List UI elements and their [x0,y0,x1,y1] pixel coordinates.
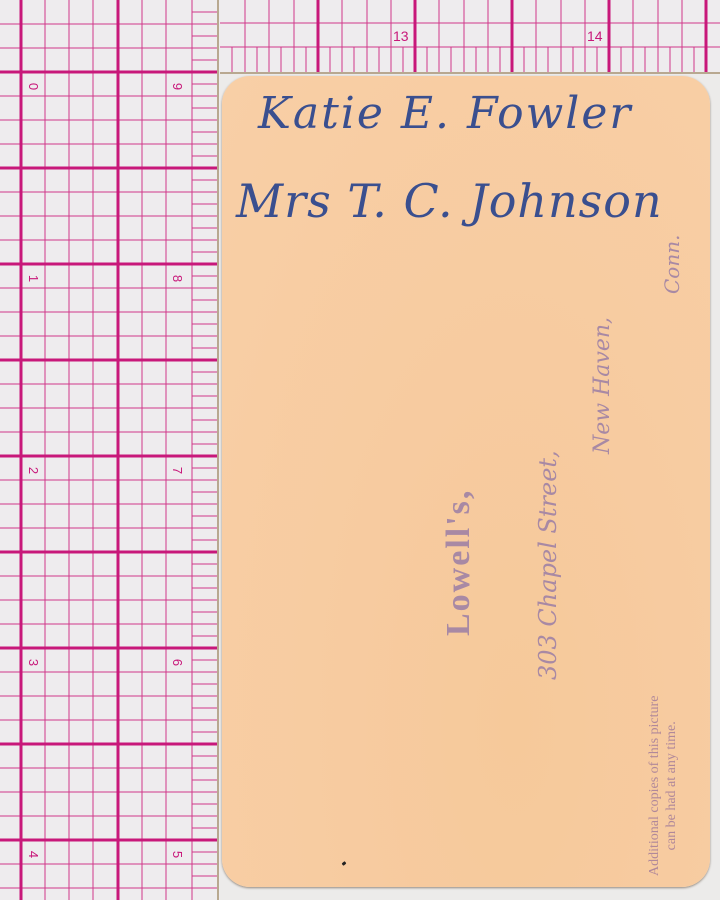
ruler-number: 13 [393,30,409,43]
ruler-number: 1 [27,275,40,282]
ruler-number: 6 [171,659,184,666]
studio-street: 303 Chapel Street, [534,450,562,680]
ruler-number: 2 [27,467,40,474]
ruler-number: 3 [27,659,40,666]
ruler-number: 8 [171,275,184,282]
reprint-notice-line1: Additional copies of this picture [646,696,663,876]
handwritten-married-name: Mrs T. C. Johnson [236,174,663,228]
ruler-left: 0 1 2 3 4 9 8 7 6 5 [0,0,220,900]
reprint-notice: Additional copies of this picture can be… [646,696,680,876]
reprint-notice-line2: can be had at any time. [663,696,680,876]
ruler-number: 0 [27,83,40,90]
ruler-number: 5 [171,851,184,858]
ruler-number: 7 [171,467,184,474]
ruler-left-grid [0,0,220,900]
ruler-number: 14 [587,30,603,43]
studio-city: New Haven, [590,317,615,454]
ink-speck [342,861,347,866]
cabinet-card-back: Katie E. Fowler Mrs T. C. Johnson Lowell… [222,76,710,887]
studio-name: Lowell's, [440,489,478,636]
studio-state: Conn. [660,235,684,294]
handwritten-name: Katie E. Fowler [258,88,632,139]
ruler-number: 4 [27,851,40,858]
ruler-number: 9 [171,83,184,90]
ruler-top: 13 14 [220,0,720,74]
ruler-top-grid [220,0,720,74]
